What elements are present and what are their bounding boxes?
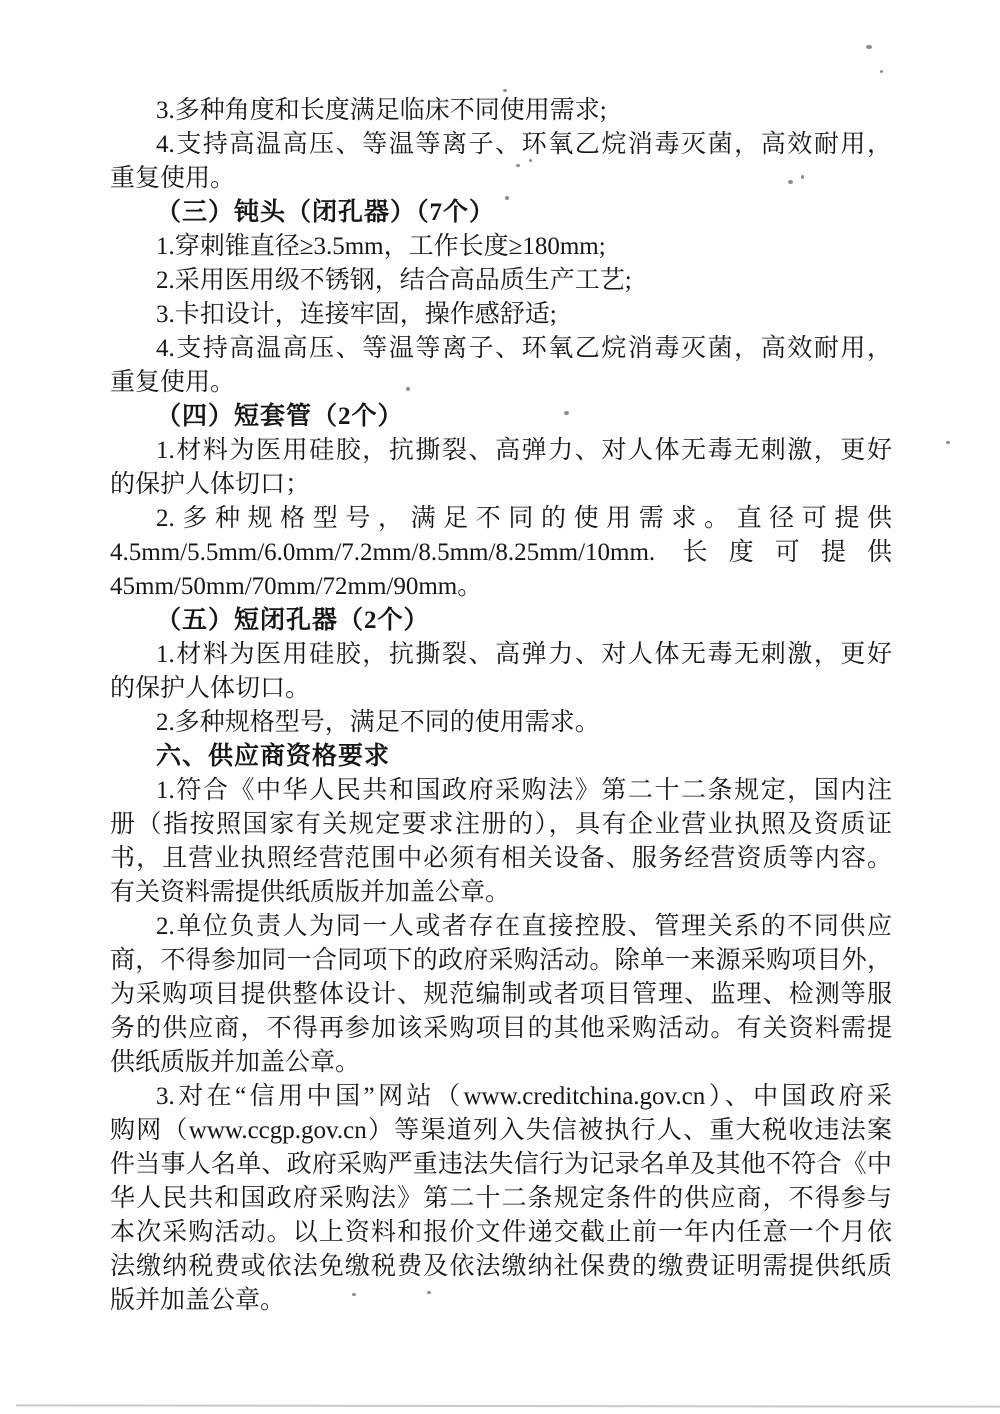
scan-speck	[352, 1293, 356, 1296]
section-heading-line: 六、供应商资格要求	[110, 740, 892, 774]
text-line: 45mm/50mm/70mm/72mm/90mm。	[110, 570, 892, 604]
scan-speck	[406, 387, 410, 391]
scan-speck	[788, 180, 793, 184]
text-line: 华人民共和国政府采购法》第二十二条规定条件的供应商，不得参与	[110, 1182, 892, 1216]
text-line: 2.采用医用级不锈钢，结合高品质生产工艺;	[110, 264, 892, 298]
text-line: 的保护人体切口。	[110, 672, 892, 706]
text-line: 2.单位负责人为同一人或者存在直接控股、管理关系的不同供应	[110, 910, 892, 944]
document-text-block: 3.多种角度和长度满足临床不同使用需求;4.支持高温高压、等温等离子、环氧乙烷消…	[110, 94, 892, 1318]
section-heading-line: （三）钝头（闭孔器）（7个）	[110, 196, 892, 230]
section-heading-line: （四）短套管（2个）	[110, 400, 892, 434]
scan-speck	[866, 45, 872, 49]
text-line: 书，且营业执照经营范围中必须有相关设备、服务经营资质等内容。	[110, 842, 892, 876]
text-line: 的保护人体切口；	[110, 468, 892, 502]
text-line: 商，不得参加同一合同项下的政府采购活动。除单一来源采购项目外，	[110, 944, 892, 978]
scan-speck	[503, 89, 507, 92]
section-heading-line: （五）短闭孔器（2个）	[110, 604, 892, 638]
text-line: 4.5mm/5.5mm/6.0mm/7.2mm/8.5mm/8.25mm/10m…	[110, 536, 892, 570]
text-line: 3.卡扣设计，连接牢固，操作感舒适;	[110, 298, 892, 332]
scan-speck	[801, 175, 804, 179]
scan-speck	[505, 196, 509, 200]
scan-speck	[529, 159, 532, 162]
scan-speck	[946, 441, 950, 444]
text-line: 重复使用。	[110, 366, 892, 400]
text-line: 重复使用。	[110, 162, 892, 196]
text-line: 法缴纳税费或依法免缴税费及依法缴纳社保费的缴费证明需提供纸质	[110, 1250, 892, 1284]
text-line: 有关资料需提供纸质版并加盖公章。	[110, 876, 892, 910]
document-page: 3.多种角度和长度满足临床不同使用需求;4.支持高温高压、等温等离子、环氧乙烷消…	[0, 0, 1000, 1414]
text-line: 2.多种规格型号，满足不同的使用需求。	[110, 706, 892, 740]
scan-speck	[564, 411, 569, 415]
text-line: 册（指按照国家有关规定要求注册的），具有企业营业执照及资质证	[110, 808, 892, 842]
text-line: 1.符合《中华人民共和国政府采购法》第二十二条规定，国内注	[110, 774, 892, 808]
text-line: 购网（www.ccgp.gov.cn）等渠道列入失信被执行人、重大税收违法案	[110, 1114, 892, 1148]
text-line: 供纸质版并加盖公章。	[110, 1046, 892, 1080]
text-line: 1.穿刺锥直径≥3.5mm，工作长度≥180mm;	[110, 230, 892, 264]
text-line: 本次采购活动。以上资料和报价文件递交截止前一年内任意一个月依	[110, 1216, 892, 1250]
scan-speck	[880, 70, 883, 73]
text-line: 为采购项目提供整体设计、规范编制或者项目管理、监理、检测等服	[110, 978, 892, 1012]
text-line: 1.材料为医用硅胶，抗撕裂、高弹力、对人体无毒无刺激，更好	[110, 434, 892, 468]
text-line: 2.多种规格型号，满足不同的使用需求。直径可提供	[110, 502, 892, 536]
scan-speck	[516, 164, 520, 167]
text-line: 版并加盖公章。	[110, 1284, 892, 1318]
text-line: 3.对在“信用中国”网站（www.creditchina.gov.cn）、中国政…	[110, 1080, 892, 1114]
scan-speck	[427, 1291, 431, 1294]
text-line: 件当事人名单、政府采购严重违法失信行为记录名单及其他不符合《中	[110, 1148, 892, 1182]
text-line: 3.多种角度和长度满足临床不同使用需求;	[110, 94, 892, 128]
scan-edge-line	[16, 1404, 1000, 1407]
text-line: 4.支持高温高压、等温等离子、环氧乙烷消毒灭菌，高效耐用，	[110, 128, 892, 162]
scan-speck	[392, 719, 395, 722]
text-line: 务的供应商，不得再参加该采购项目的其他采购活动。有关资料需提	[110, 1012, 892, 1046]
text-line: 4.支持高温高压、等温等离子、环氧乙烷消毒灭菌，高效耐用，	[110, 332, 892, 366]
text-line: 1.材料为医用硅胶，抗撕裂、高弹力、对人体无毒无刺激，更好	[110, 638, 892, 672]
